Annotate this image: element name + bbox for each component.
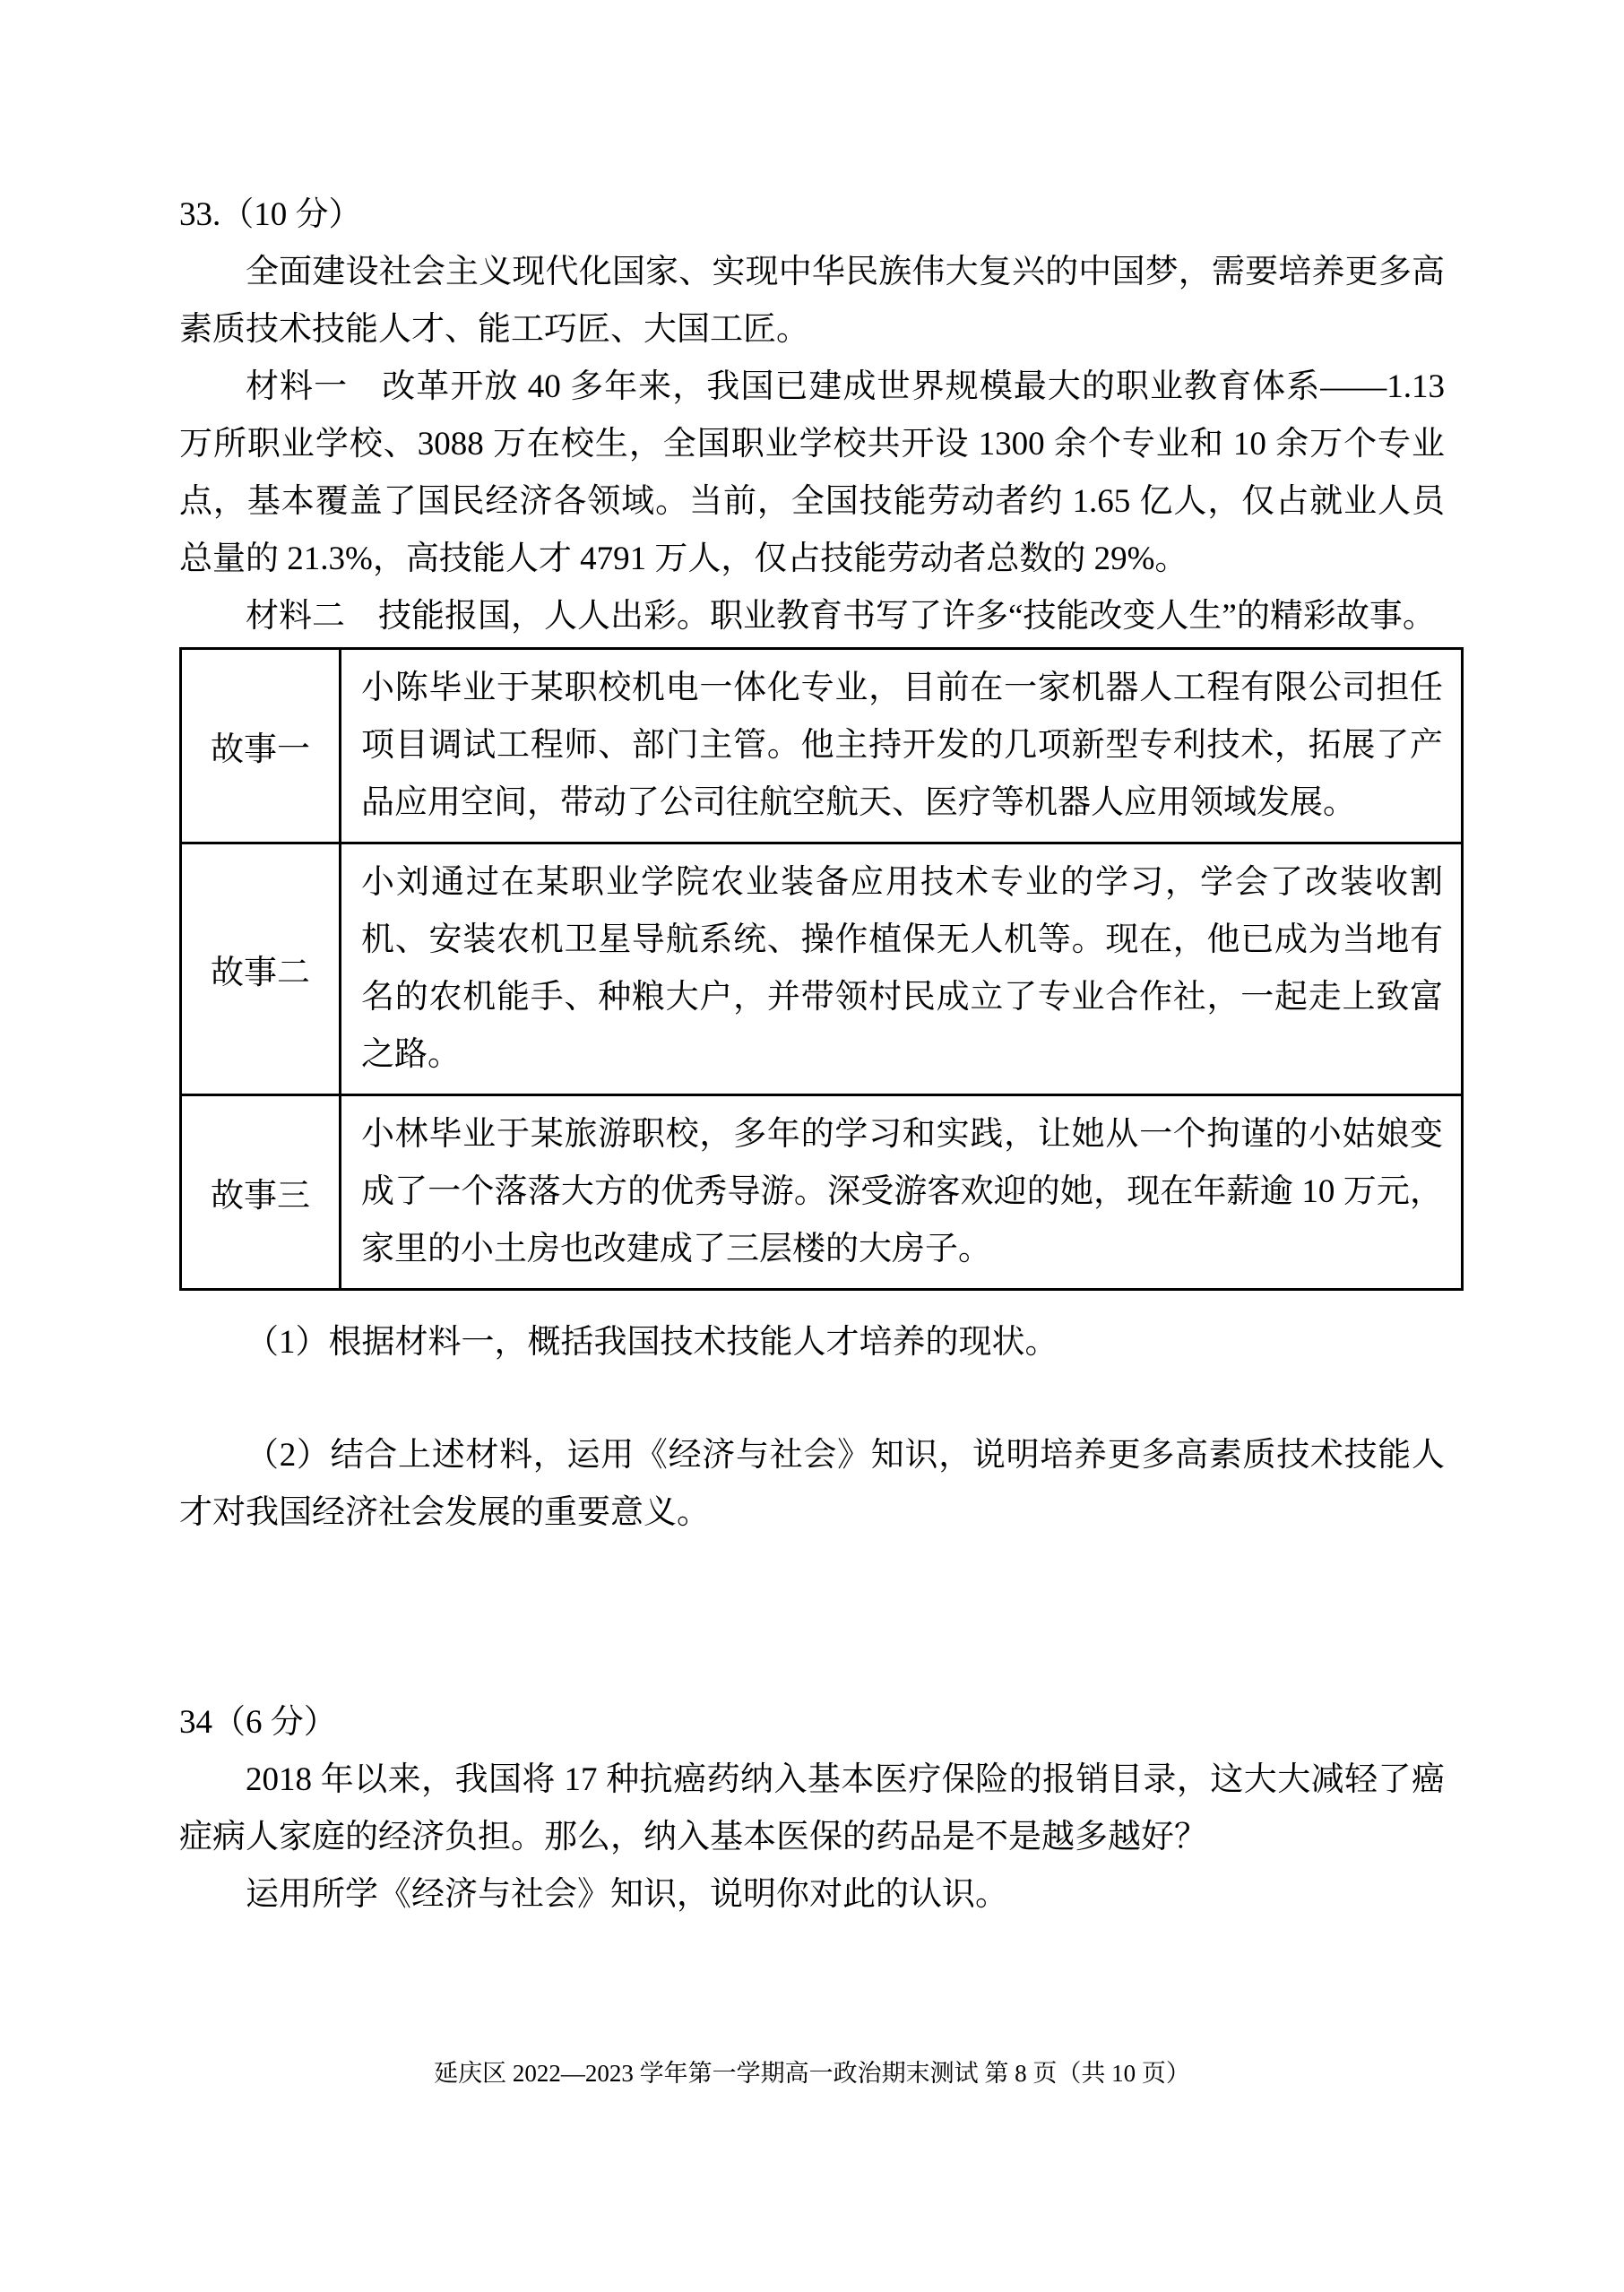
table-row-story2: 故事二 小刘通过在某职业学院农业装备应用技术专业的学习，学会了改装收割机、安装农… [181,843,1463,1095]
exam-paper-page: 33.（10 分） 全面建设社会主义现代化国家、实现中华民族伟大复兴的中国梦，需… [0,0,1624,2292]
question34-instruction-paragraph: 运用所学《经济与社会》知识，说明你对此的认识。 [179,1866,1445,1924]
story3-content: 小林毕业于某旅游职校，多年的学习和实践，让她从一个拘谨的小姑娘变成了一个落落大方… [341,1095,1463,1290]
story3-label: 故事三 [181,1095,341,1290]
story2-label: 故事二 [181,843,341,1095]
story1-content: 小陈毕业于某职校机电一体化专业，目前在一家机器人工程有限公司担任项目调试工程师、… [341,649,1463,843]
question33-subquestion2: （2）结合上述材料，运用《经济与社会》知识，说明培养更多高素质技术技能人才对我国… [179,1427,1445,1542]
table-row-story1: 故事一 小陈毕业于某职校机电一体化专业，目前在一家机器人工程有限公司担任项目调试… [181,649,1463,843]
table-row-story3: 故事三 小林毕业于某旅游职校，多年的学习和实践，让她从一个拘谨的小姑娘变成了一个… [181,1095,1463,1290]
page-footer: 延庆区 2022—2023 学年第一学期高一政治期末测试 第 8 页（共 10 … [0,2058,1624,2089]
stories-table: 故事一 小陈毕业于某职校机电一体化专业，目前在一家机器人工程有限公司担任项目调试… [179,647,1464,1291]
question33-subquestion1: （1）根据材料一，概括我国技术技能人才培养的现状。 [179,1314,1445,1371]
question33-intro-paragraph: 全面建设社会主义现代化国家、实现中华民族伟大复兴的中国梦，需要培养更多高素质技术… [179,244,1445,359]
question33-material1-paragraph: 材料一 改革开放 40 多年来，我国已建成世界规模最大的职业教育体系——1.13… [179,359,1445,588]
story2-content: 小刘通过在某职业学院农业装备应用技术专业的学习，学会了改装收割机、安装农机卫星导… [341,843,1463,1095]
page-content: 33.（10 分） 全面建设社会主义现代化国家、实现中华民族伟大复兴的中国梦，需… [0,0,1624,1924]
question34-header: 34（6 分） [179,1694,1445,1751]
question33-header: 33.（10 分） [179,186,1445,244]
question34-body-paragraph: 2018 年以来，我国将 17 种抗癌药纳入基本医疗保险的报销目录，这大大减轻了… [179,1751,1445,1866]
question33-material2-paragraph: 材料二 技能报国，人人出彩。职业教育书写了许多“技能改变人生”的精彩故事。 [179,588,1445,645]
story1-label: 故事一 [181,649,341,843]
